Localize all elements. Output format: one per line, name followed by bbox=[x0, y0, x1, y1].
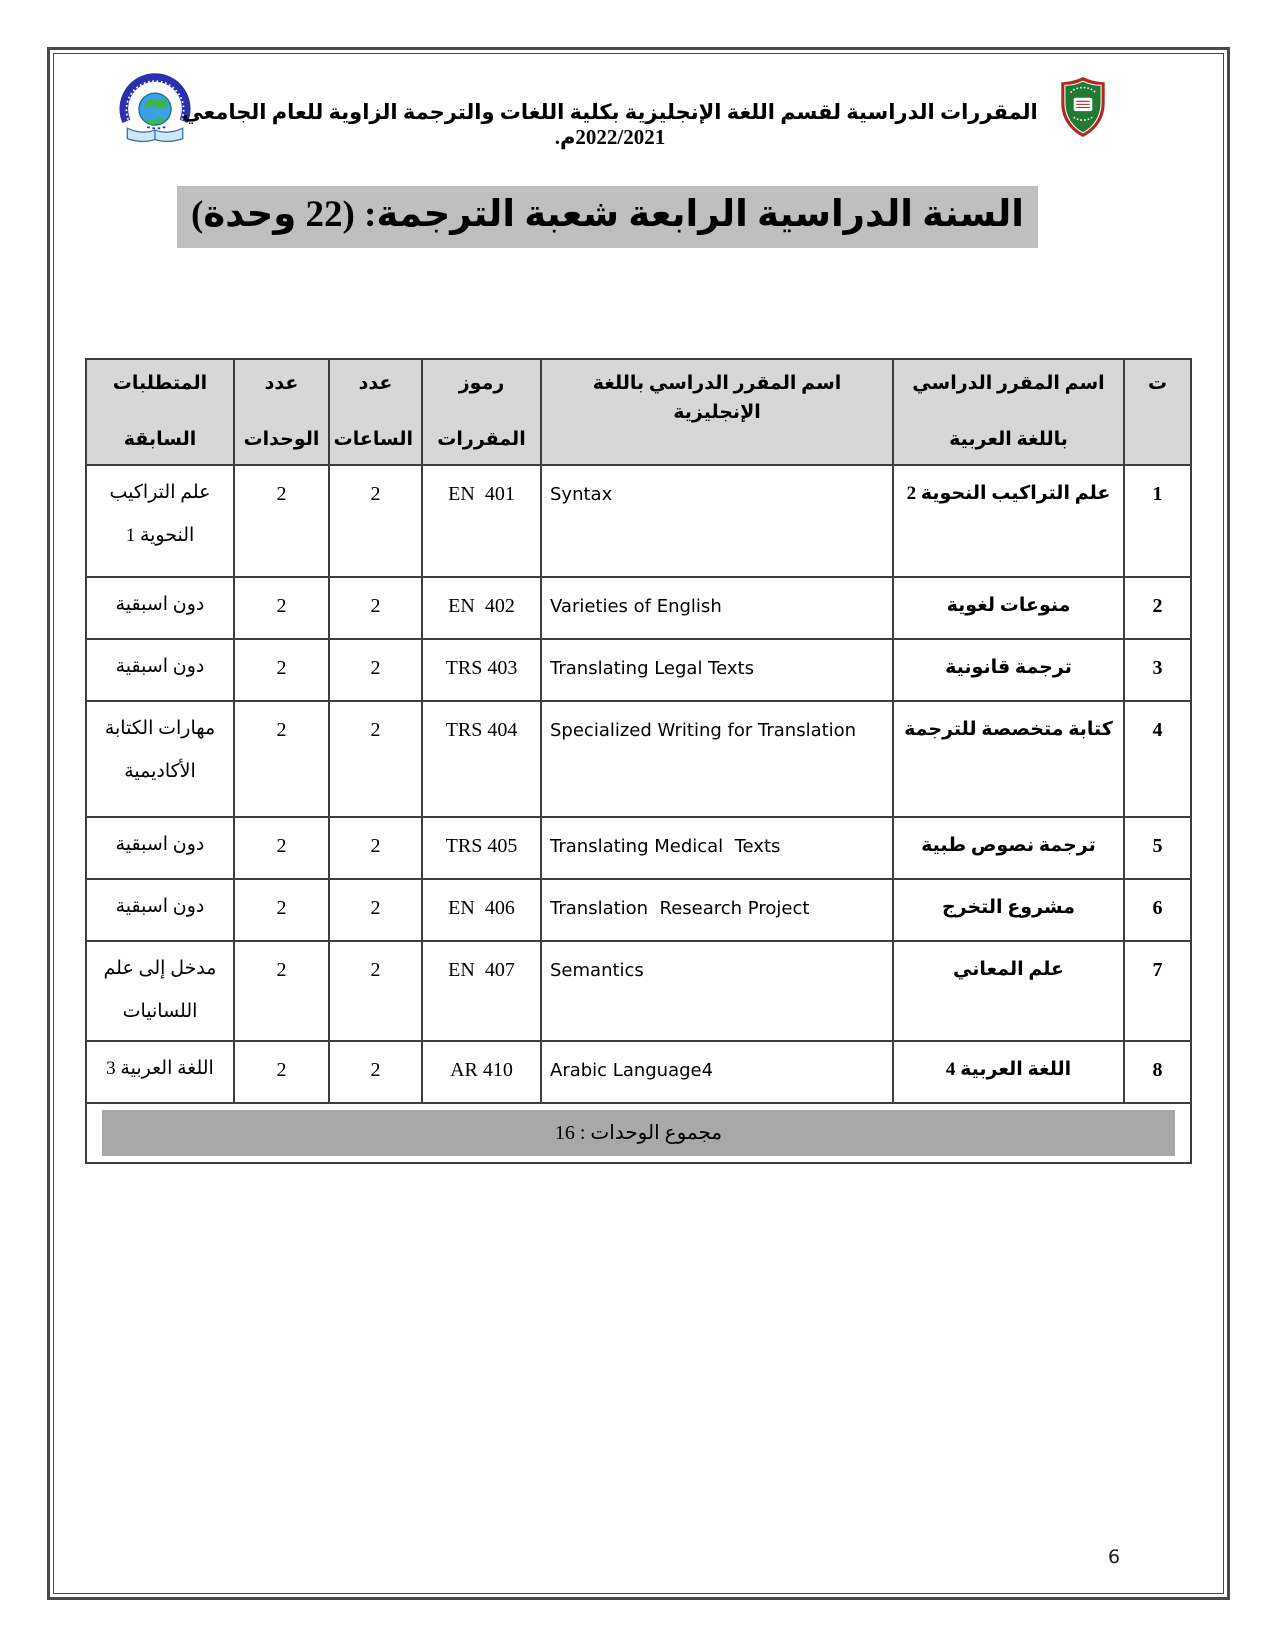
cell-prerequisite: مدخل إلى علم اللسانيات bbox=[86, 941, 234, 1041]
table-row: 2 منوعات لغوية Varieties of English EN 4… bbox=[86, 577, 1191, 639]
cell-serial: 6 bbox=[1124, 879, 1191, 941]
cell-english-name: Translating Legal Texts bbox=[541, 639, 893, 701]
cell-units: 2 bbox=[234, 817, 329, 879]
page-number: 6 bbox=[1108, 1546, 1120, 1568]
cell-prerequisite: دون اسبقية bbox=[86, 639, 234, 701]
cell-english-name: Varieties of English bbox=[541, 577, 893, 639]
cell-english-name: Arabic Language4 bbox=[541, 1041, 893, 1103]
cell-english-name: Translation Research Project bbox=[541, 879, 893, 941]
table-row: 8 اللغة العربية 4 Arabic Language4 AR 41… bbox=[86, 1041, 1191, 1103]
header-line: عدد bbox=[338, 370, 413, 399]
cell-hours: 2 bbox=[329, 879, 422, 941]
header-arabic-course-name: اسم المقرر الدراسي باللغة العربية bbox=[893, 359, 1124, 465]
header-prerequisites: المتطلبات السابقة bbox=[86, 359, 234, 465]
header-line: الوحدات bbox=[243, 426, 320, 455]
cell-hours: 2 bbox=[329, 817, 422, 879]
header-english-course-name: اسم المقرر الدراسي باللغة الإنجليزية bbox=[541, 359, 893, 465]
cell-arabic-name: علم التراكيب النحوية 2 bbox=[893, 465, 1124, 577]
cell-hours: 2 bbox=[329, 465, 422, 577]
header-line: باللغة العربية bbox=[902, 426, 1115, 455]
table-row: 3 ترجمة قانونية Translating Legal Texts … bbox=[86, 639, 1191, 701]
cell-arabic-name: اللغة العربية 4 bbox=[893, 1041, 1124, 1103]
cell-serial: 2 bbox=[1124, 577, 1191, 639]
document-page: المقررات الدراسية لقسم اللغة الإنجليزية … bbox=[0, 0, 1275, 1650]
cell-arabic-name: كتابة متخصصة للترجمة bbox=[893, 701, 1124, 817]
cell-prerequisite: اللغة العربية 3 bbox=[86, 1041, 234, 1103]
cell-course-code: EN 407 bbox=[422, 941, 541, 1041]
cell-english-name: Semantics bbox=[541, 941, 893, 1041]
table-row: 7 علم المعاني Semantics EN 407 2 2 مدخل … bbox=[86, 941, 1191, 1041]
cell-hours: 2 bbox=[329, 577, 422, 639]
cell-course-code: EN 406 bbox=[422, 879, 541, 941]
cell-serial: 5 bbox=[1124, 817, 1191, 879]
header-line: المقررات bbox=[431, 426, 532, 455]
cell-course-code: TRS 403 bbox=[422, 639, 541, 701]
cell-course-code: TRS 404 bbox=[422, 701, 541, 817]
cell-units: 2 bbox=[234, 701, 329, 817]
cell-serial: 1 bbox=[1124, 465, 1191, 577]
cell-hours: 2 bbox=[329, 1041, 422, 1103]
cell-hours: 2 bbox=[329, 639, 422, 701]
cell-hours: 2 bbox=[329, 941, 422, 1041]
page-title-highlight: السنة الدراسية الرابعة شعبة الترجمة: (22… bbox=[177, 186, 1038, 248]
total-units-cell: مجموع الوحدات : 16 bbox=[86, 1103, 1191, 1163]
table-header-row: ت اسم المقرر الدراسي باللغة العربية اسم … bbox=[86, 359, 1191, 465]
cell-arabic-name: مشروع التخرج bbox=[893, 879, 1124, 941]
cell-prerequisite: مهارات الكتابة الأكاديمية bbox=[86, 701, 234, 817]
document-header-line: المقررات الدراسية لقسم اللغة الإنجليزية … bbox=[140, 100, 1080, 150]
cell-arabic-name: علم المعاني bbox=[893, 941, 1124, 1041]
cell-arabic-name: ترجمة نصوص طبية bbox=[893, 817, 1124, 879]
cell-units: 2 bbox=[234, 1041, 329, 1103]
cell-course-code: EN 401 bbox=[422, 465, 541, 577]
table-row: 4 كتابة متخصصة للترجمة Specialized Writi… bbox=[86, 701, 1191, 817]
cell-course-code: EN 402 bbox=[422, 577, 541, 639]
cell-course-code: TRS 405 bbox=[422, 817, 541, 879]
total-units-band: مجموع الوحدات : 16 bbox=[102, 1110, 1175, 1156]
cell-english-name: Specialized Writing for Translation bbox=[541, 701, 893, 817]
cell-units: 2 bbox=[234, 639, 329, 701]
cell-serial: 7 bbox=[1124, 941, 1191, 1041]
header-line: اسم المقرر الدراسي bbox=[902, 370, 1115, 399]
table-row: 6 مشروع التخرج Translation Research Proj… bbox=[86, 879, 1191, 941]
courses-table: ت اسم المقرر الدراسي باللغة العربية اسم … bbox=[85, 358, 1192, 1164]
cell-arabic-name: ترجمة قانونية bbox=[893, 639, 1124, 701]
header-hours-count: عدد الساعات bbox=[329, 359, 422, 465]
header-line: اسم المقرر الدراسي باللغة الإنجليزية bbox=[550, 370, 884, 427]
header-line: الساعات bbox=[338, 426, 413, 455]
cell-units: 2 bbox=[234, 465, 329, 577]
header-course-codes: رموز المقررات bbox=[422, 359, 541, 465]
header-line: المتطلبات bbox=[95, 370, 225, 399]
cell-serial: 8 bbox=[1124, 1041, 1191, 1103]
table-row: 5 ترجمة نصوص طبية Translating Medical Te… bbox=[86, 817, 1191, 879]
cell-english-name: Syntax bbox=[541, 465, 893, 577]
header-line: السابقة bbox=[95, 426, 225, 455]
table-footer-row: مجموع الوحدات : 16 bbox=[86, 1103, 1191, 1163]
cell-prerequisite: دون اسبقية bbox=[86, 879, 234, 941]
cell-course-code: AR 410 bbox=[422, 1041, 541, 1103]
cell-arabic-name: منوعات لغوية bbox=[893, 577, 1124, 639]
header-serial: ت bbox=[1124, 359, 1191, 465]
header-units-count: عدد الوحدات bbox=[234, 359, 329, 465]
table-row: 1 علم التراكيب النحوية 2 Syntax EN 401 2… bbox=[86, 465, 1191, 577]
cell-serial: 4 bbox=[1124, 701, 1191, 817]
header-line: ت bbox=[1133, 370, 1182, 399]
cell-english-name: Translating Medical Texts bbox=[541, 817, 893, 879]
cell-prerequisite: دون اسبقية bbox=[86, 577, 234, 639]
cell-hours: 2 bbox=[329, 701, 422, 817]
cell-serial: 3 bbox=[1124, 639, 1191, 701]
cell-prerequisite: دون اسبقية bbox=[86, 817, 234, 879]
cell-units: 2 bbox=[234, 879, 329, 941]
cell-units: 2 bbox=[234, 577, 329, 639]
cell-prerequisite: علم التراكيب النحوية 1 bbox=[86, 465, 234, 577]
header-line: عدد bbox=[243, 370, 320, 399]
cell-units: 2 bbox=[234, 941, 329, 1041]
header-line: رموز bbox=[431, 370, 532, 399]
page-title: السنة الدراسية الرابعة شعبة الترجمة: (22… bbox=[0, 186, 1215, 248]
